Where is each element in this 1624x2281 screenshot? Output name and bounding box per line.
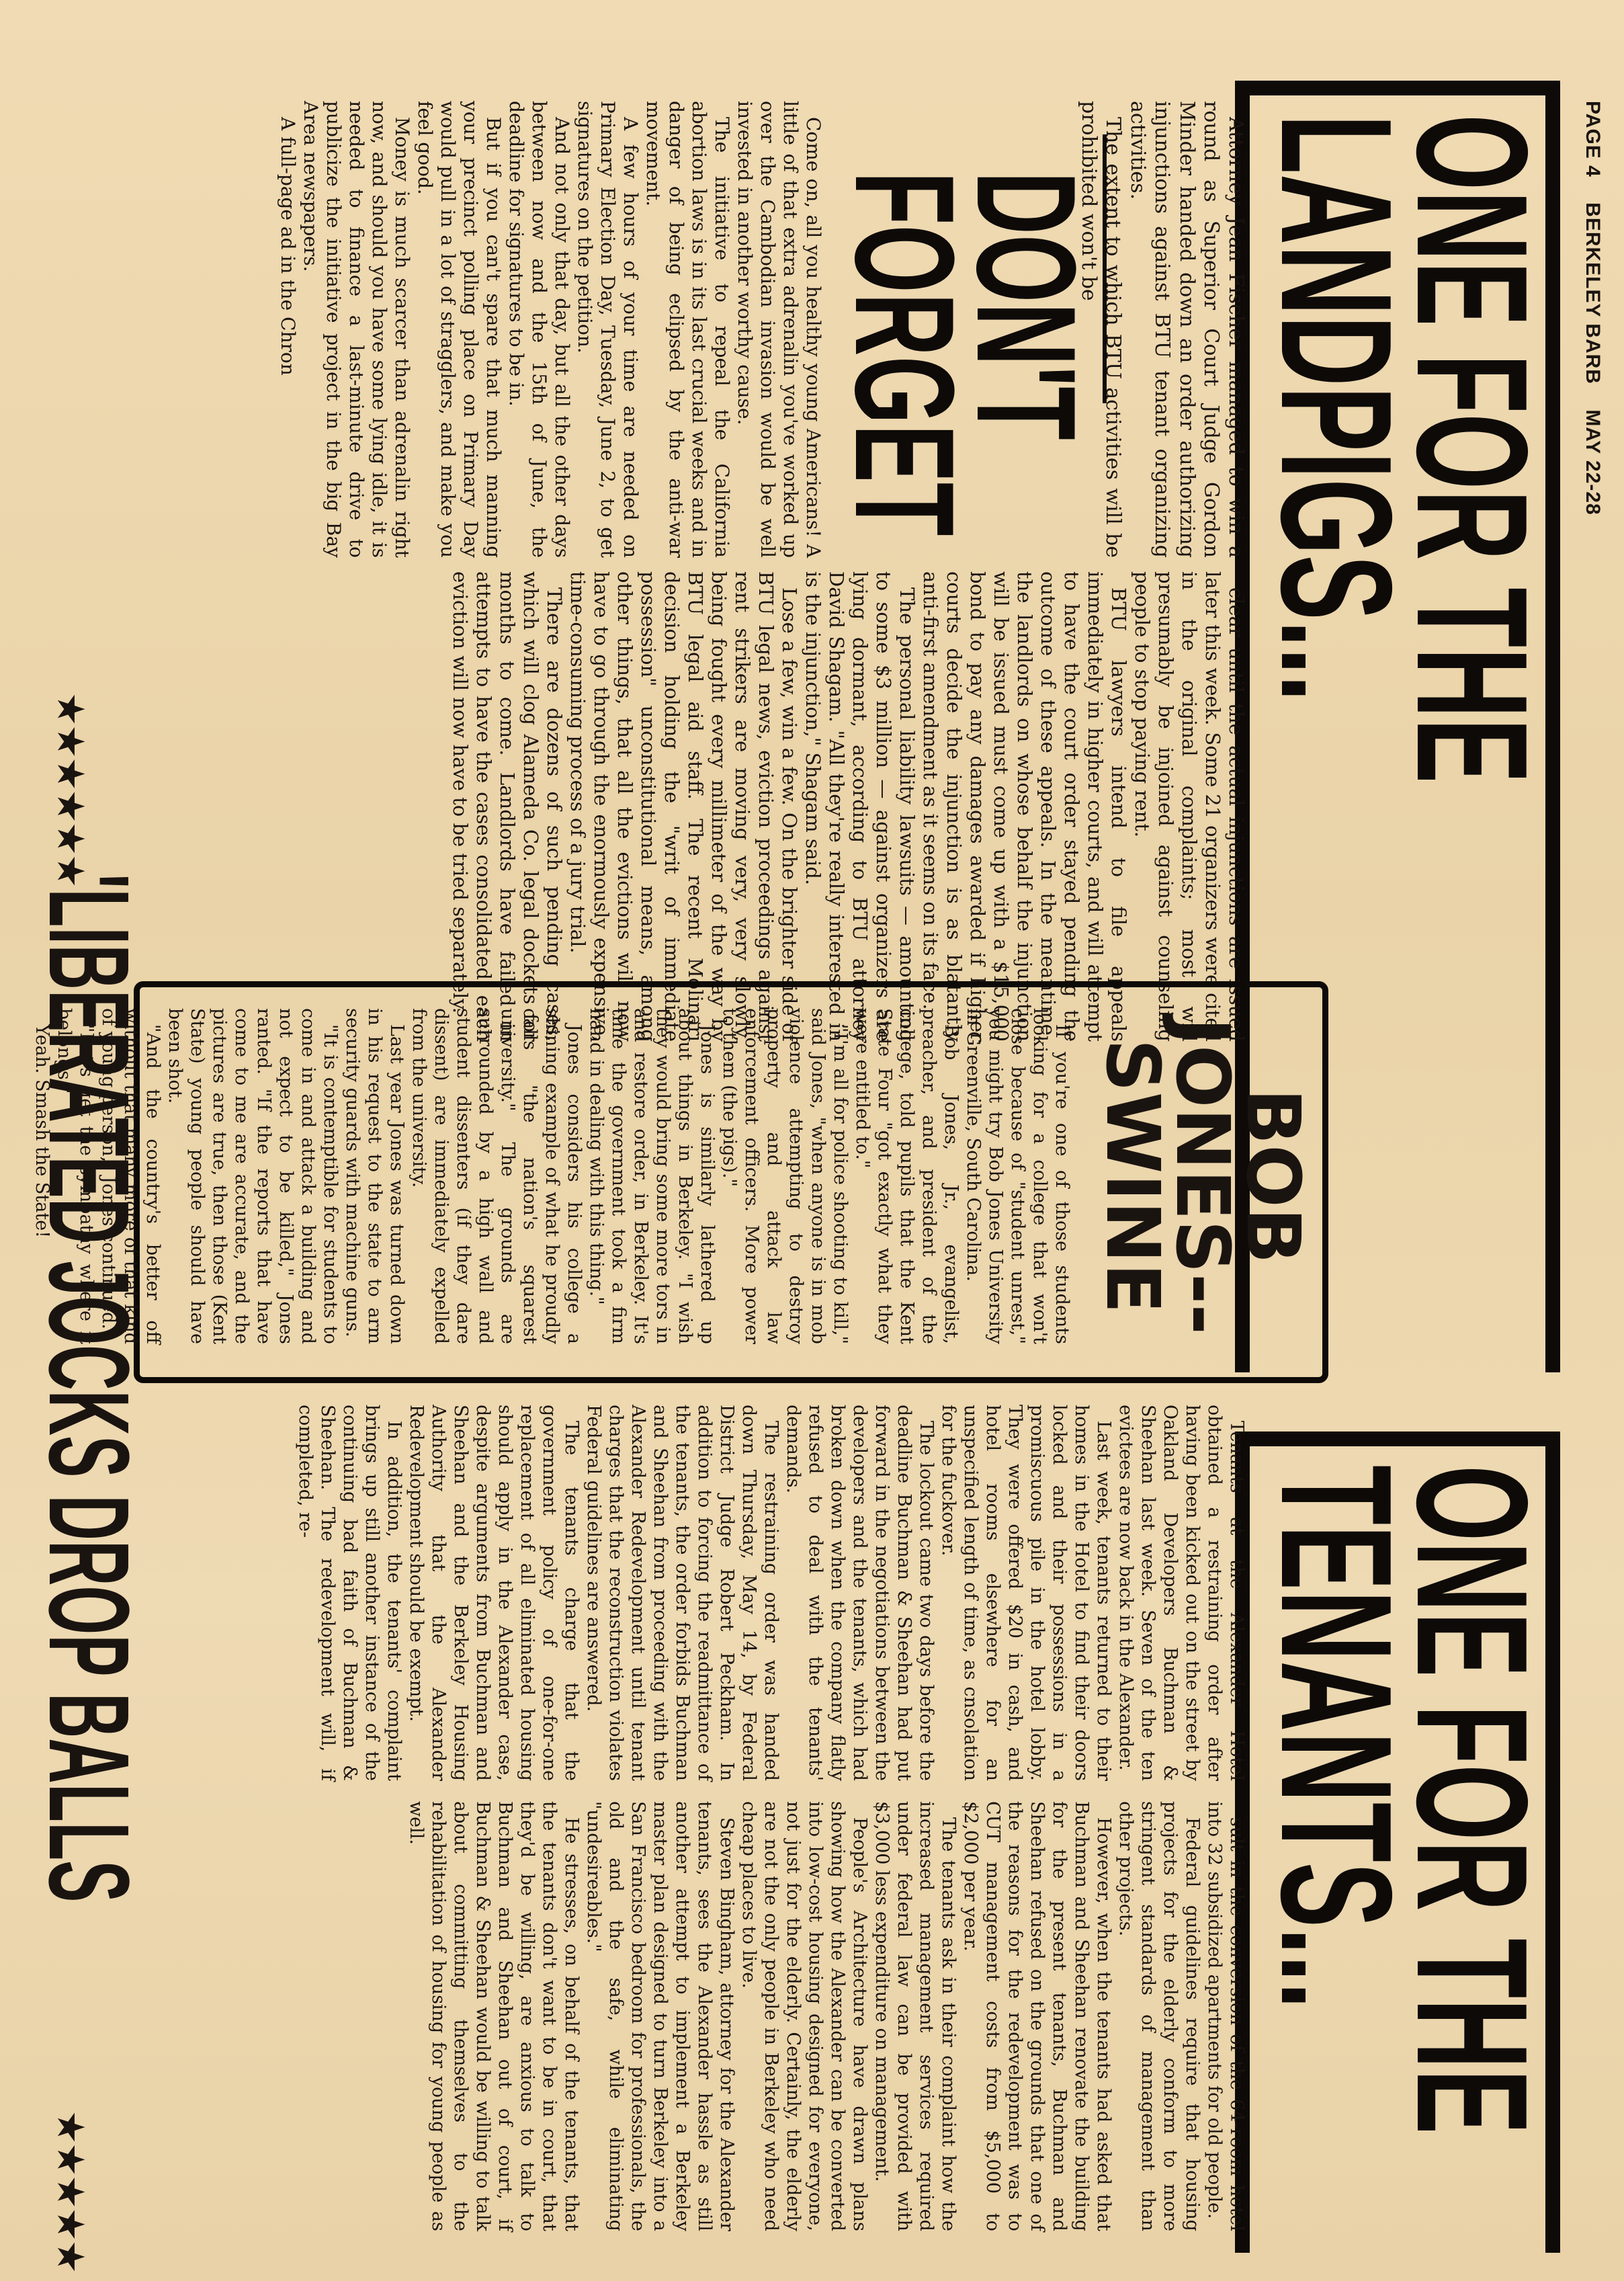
paragraph: If you're one of those students looking …	[962, 1008, 1073, 1344]
paragraph: sult in the conversion of the 64-room ho…	[1203, 1801, 1248, 2231]
issue-date: MAY 22-28	[1582, 409, 1604, 515]
paragraph: And not only that day, but all the other…	[505, 101, 573, 558]
dont-forget-headline: DON'T FORGET	[844, 171, 1086, 536]
paragraph: Steven Bingham, attorney for the Alexand…	[583, 1801, 738, 2231]
bob-jones-body: If you're one of those students looking …	[31, 1008, 1073, 1344]
landpigs-headline: ONE FOR THE LANDPIGS...	[1269, 114, 1540, 784]
dont-forget-body: Come on, all you healthy young Americans…	[276, 101, 824, 558]
paragraph: However, when the tenants had asked that…	[959, 1801, 1115, 2231]
paragraph: Tenants at the Alexander Hotel obtained …	[1115, 1405, 1248, 1781]
paragraph: The initiative to repeal the California …	[642, 101, 733, 558]
paragraph: Come on, all you healthy young Americans…	[733, 101, 824, 558]
stars-left: ★★★★★★	[48, 692, 92, 886]
landpigs-headline-line-2: LANDPIGS...	[1269, 114, 1404, 784]
paragraph: Jones is similarly lathered up about thi…	[585, 1008, 718, 1344]
paragraph: A full-page ad in the Chron	[276, 101, 299, 558]
page-number: PAGE 4	[1582, 101, 1604, 177]
paragraph: The personal liability lawsuits — amount…	[801, 571, 918, 1042]
paragraph: Lose a few, win a few. On the brighter s…	[566, 571, 801, 1042]
paragraph: BTU lawyers intend to file appeals immed…	[918, 571, 1130, 1042]
paragraph: Last week, tenants returned to their hom…	[937, 1405, 1115, 1781]
paragraph: The lockout came two days before the dea…	[782, 1405, 937, 1781]
paragraph: A few hours of your time are needed on P…	[573, 101, 642, 558]
paragraph: Last year Jones was turned down in his r…	[341, 1008, 408, 1344]
tenants-column-1: Tenants at the Alexander Hotel obtained …	[294, 1405, 1248, 1781]
paragraph: "It is contemptible for students to come…	[164, 1008, 341, 1344]
paragraph: clear until the actual injunctions are i…	[1130, 571, 1248, 1042]
paragraph: He stresses, on behalf of the tenants, t…	[405, 1801, 583, 2231]
bob-jones-line-3: SWINE	[1098, 1008, 1168, 1344]
newspaper-page: PAGE 4 BERKELEY BARB MAY 22-28 ONE FOR T…	[0, 0, 1624, 2281]
paragraph: There are dozens of such pending cases, …	[448, 571, 566, 1042]
tenants-headline: ONE FOR THE TENANTS...	[1269, 1465, 1540, 2134]
paragraph: In addition, the tenants' complaint brin…	[294, 1405, 405, 1781]
paragraph: Jones considers his college a shining ex…	[408, 1008, 585, 1344]
paragraph: The tenants charge that the government p…	[405, 1405, 583, 1781]
paper-name: BERKELEY BARB	[1582, 202, 1604, 384]
paragraph: Money is much scarcer than adrenalin rig…	[299, 101, 413, 558]
bob-jones-line-2: JONES--	[1168, 1008, 1238, 1344]
paragraph: But if you can't spare that much manning…	[413, 101, 505, 558]
paragraph: People's Architecture have drawn plans s…	[738, 1801, 871, 2231]
tenants-column-2: sult in the conversion of the 64-room ho…	[405, 1801, 1248, 2231]
paragraph: Bob Jones, Jr., evangelist, preacher, an…	[851, 1008, 962, 1344]
paragraph: Federal guidelines require that housing …	[1115, 1801, 1203, 2231]
dont-forget-line-2: FORGET	[844, 171, 966, 536]
paragraph: "I'm all for police shooting to kill," s…	[718, 1008, 851, 1344]
banner-headline: 'LIBERATED JOCKS DROP BALLS	[32, 874, 146, 1902]
paragraph: The tenants ask in their complaint how t…	[871, 1801, 959, 2231]
masthead-folio: PAGE 4 BERKELEY BARB MAY 22-28	[1581, 101, 1604, 534]
bob-jones-line-1: BOB	[1238, 1008, 1309, 1344]
stars-right: ★★★★★	[48, 2110, 92, 2272]
paragraph: The restraining order was handed down Th…	[583, 1405, 782, 1781]
paragraph: Attorney Jean Fischer managed to win a r…	[1125, 101, 1248, 558]
bob-jones-headline: BOB JONES-- SWINE	[1098, 1008, 1309, 1344]
landpigs-column-2: clear until the actual injunctions are i…	[448, 571, 1248, 1042]
